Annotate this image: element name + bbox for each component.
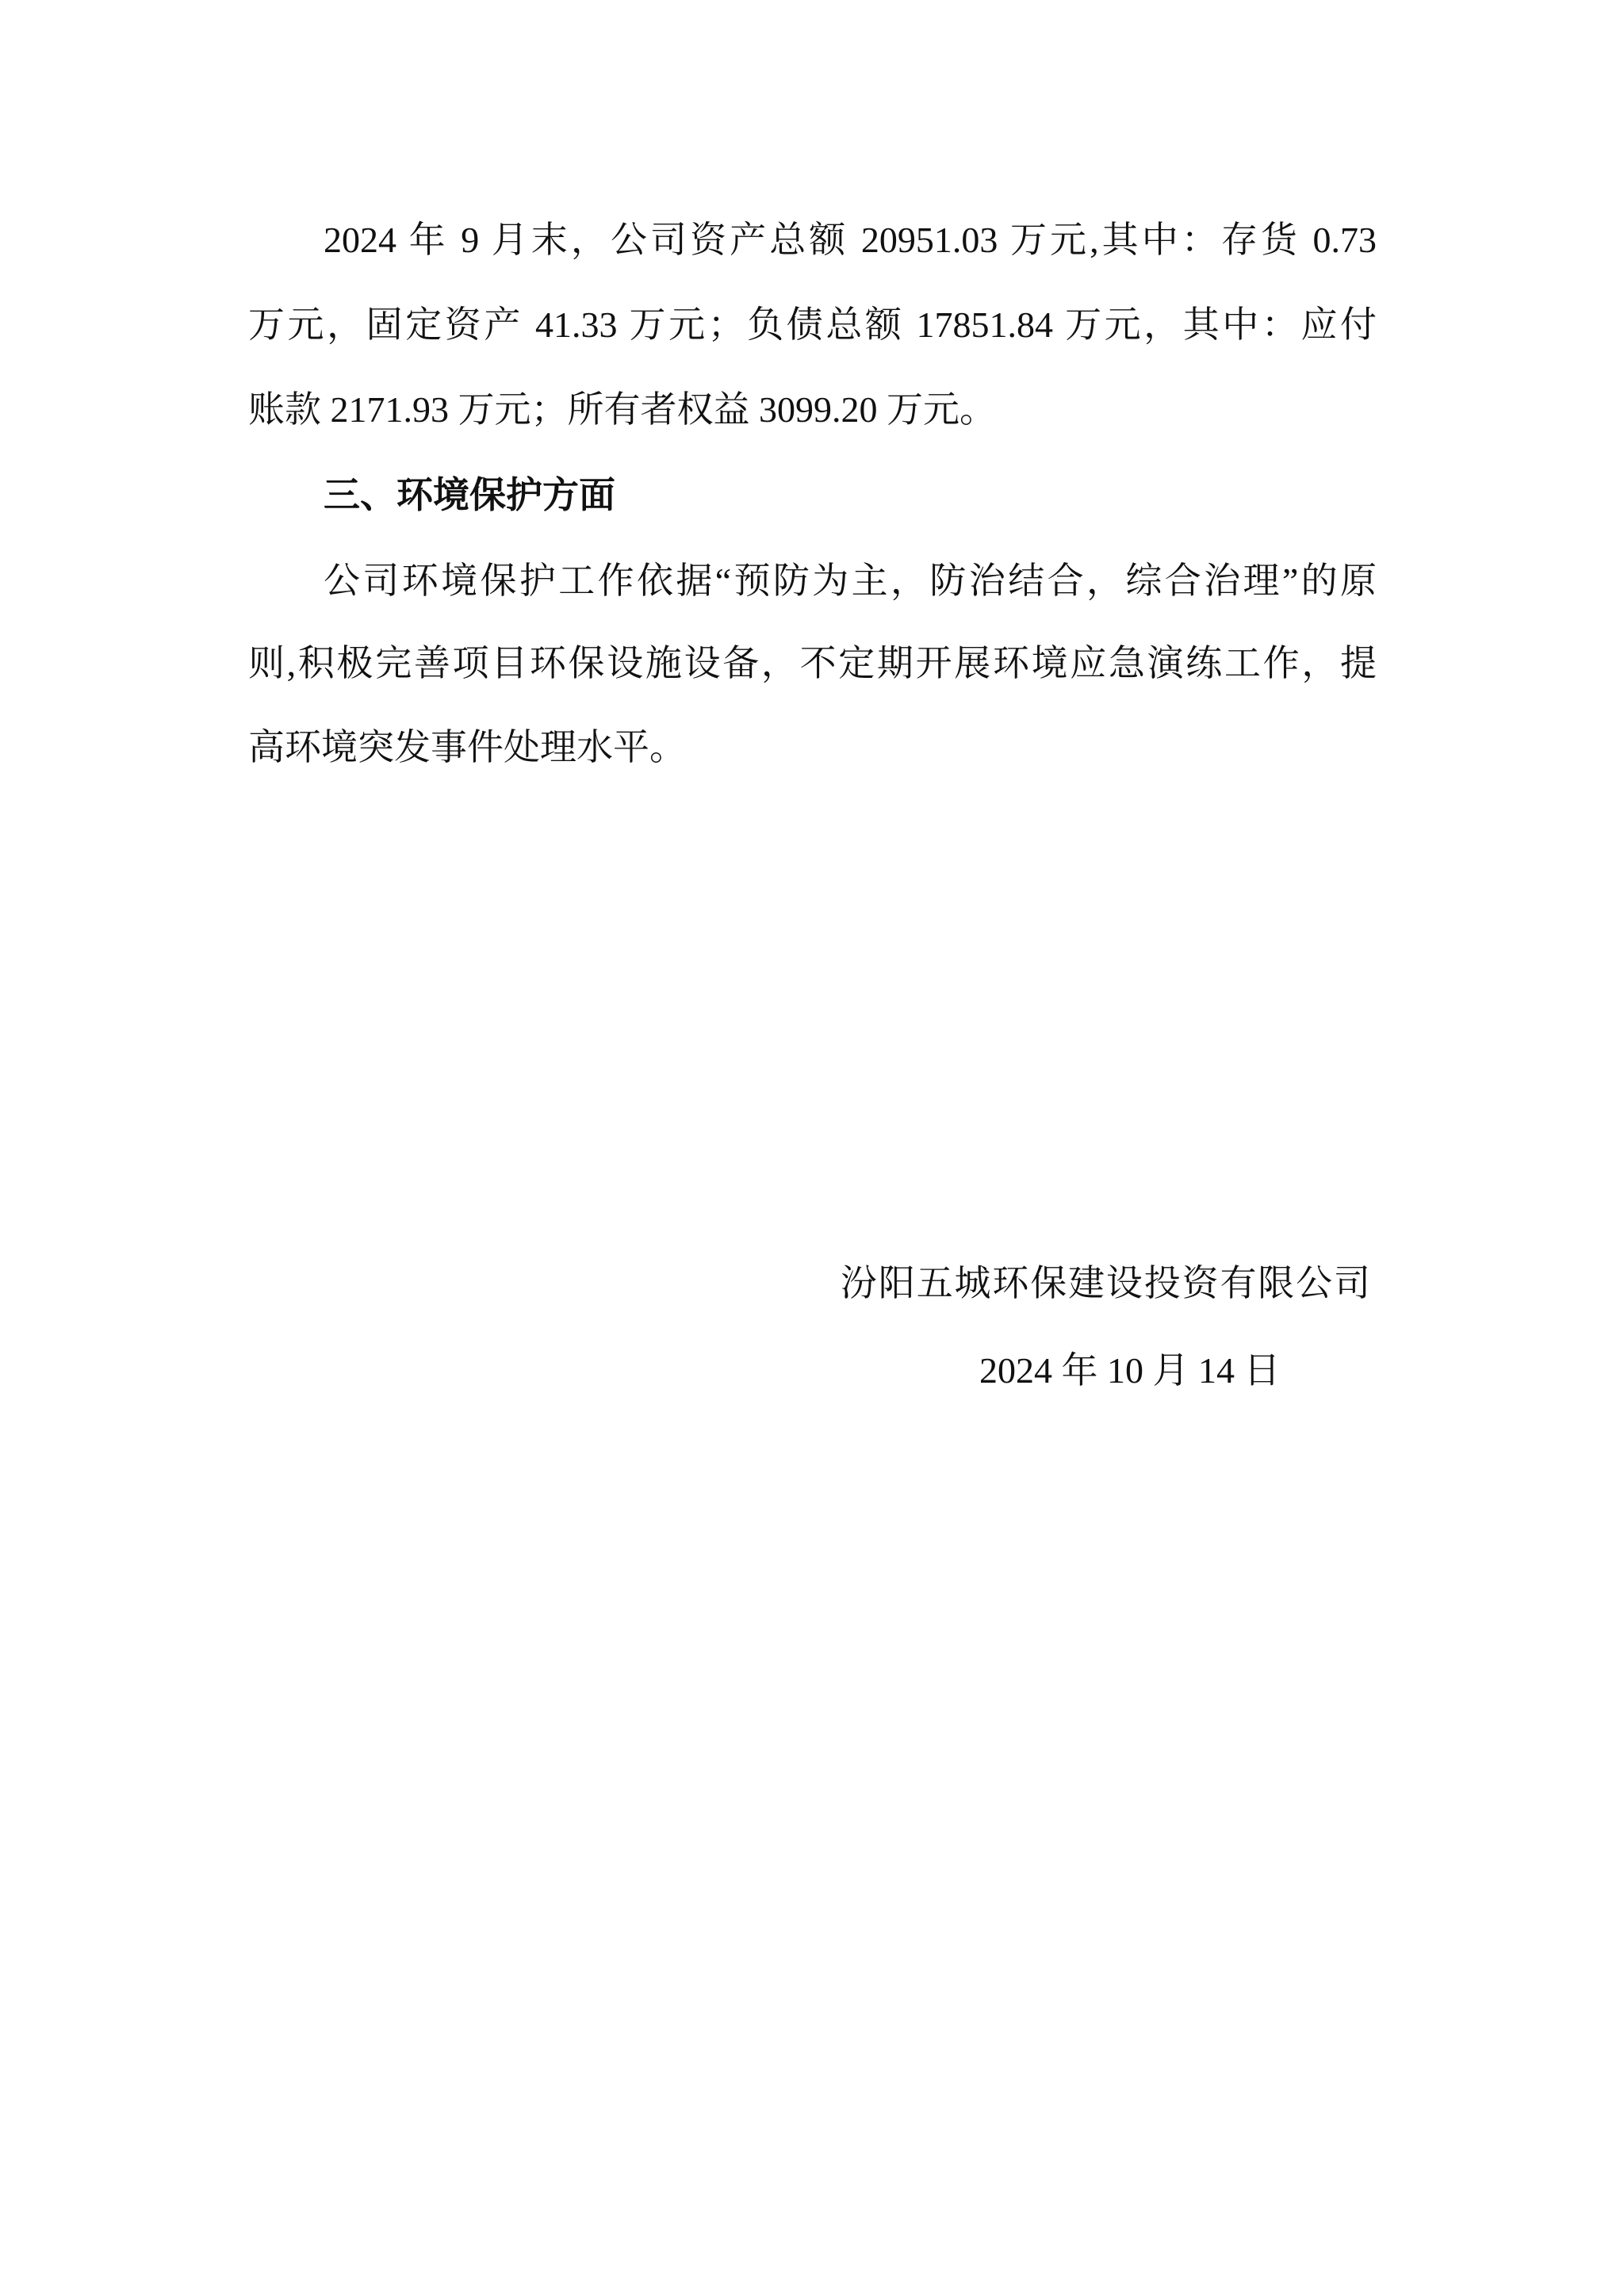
signature-date: 2024 年 10 月 14 日 <box>979 1349 1281 1392</box>
signature-block: 汾阳五城环保建设投资有限公司 2024 年 10 月 14 日 <box>0 0 1624 2296</box>
document-page: 2024 年 9 月末，公司资产总额 20951.03 万元,其中：存货 0.7… <box>0 0 1624 2296</box>
signature-company: 汾阳五城环保建设投资有限公司 <box>841 1262 1370 1305</box>
